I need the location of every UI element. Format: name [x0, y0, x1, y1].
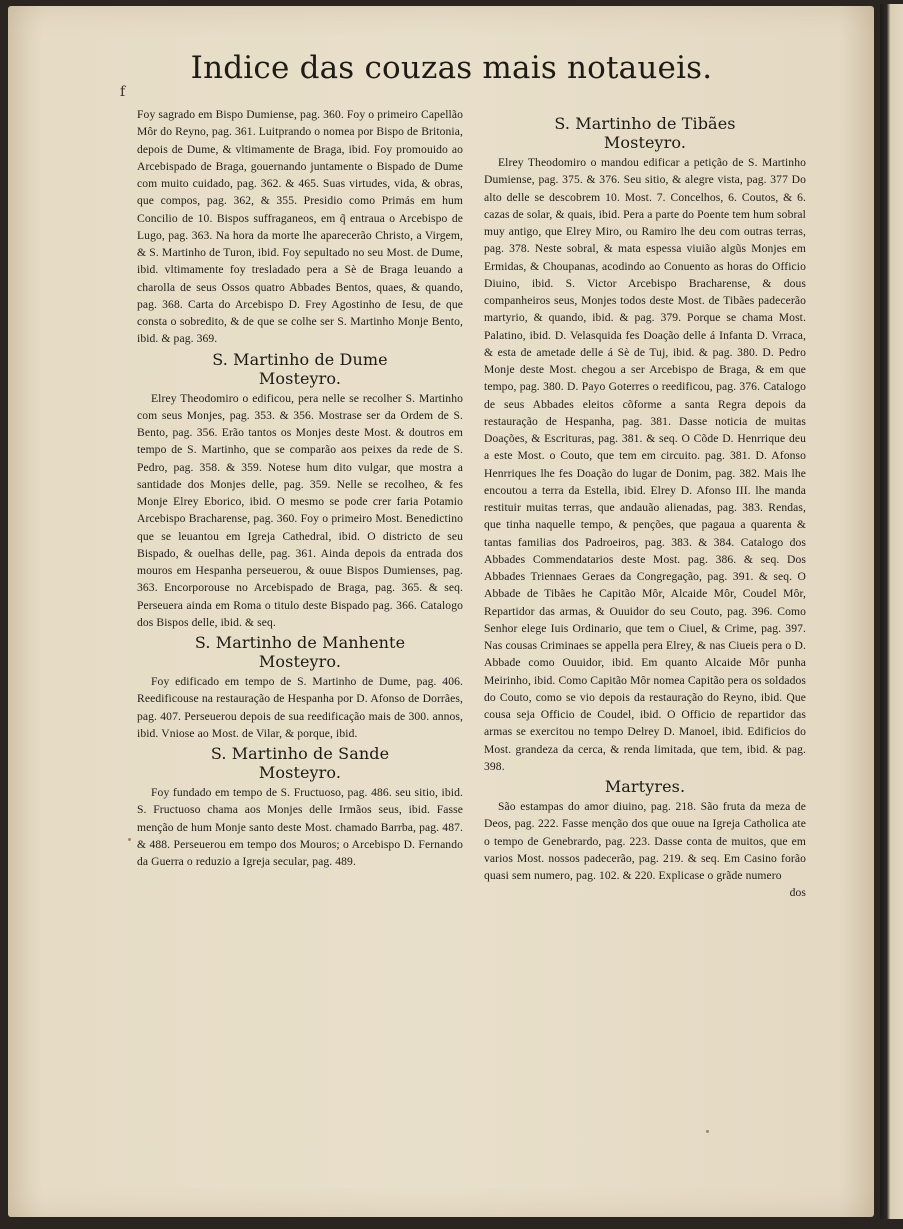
section-text: Elrey Theodomiro o mandou edificar a pet…	[484, 154, 806, 775]
paper-stain	[128, 838, 131, 841]
paper-stain	[706, 1130, 709, 1133]
section-text: Foy edificado em tempo de S. Martinho de…	[137, 673, 463, 742]
section-heading-line2: Mosteyro.	[137, 763, 463, 782]
section-heading: S. Martinho de Manhente Mosteyro.	[137, 633, 463, 671]
section-manhente: S. Martinho de Manhente Mosteyro. Foy ed…	[137, 633, 463, 742]
section-dume: S. Martinho de Dume Mosteyro. Elrey Theo…	[137, 350, 463, 632]
section-heading-line1: S. Martinho de Sande	[137, 744, 463, 763]
section-heading-line2: Mosteyro.	[137, 652, 463, 671]
section-heading-line1: Martyres.	[484, 777, 806, 796]
section-text: Foy fundado em tempo de S. Fructuoso, pa…	[137, 784, 463, 870]
section-heading: Martyres.	[484, 777, 806, 796]
margin-mark: f	[120, 84, 125, 100]
section-heading-line1: S. Martinho de Dume	[137, 350, 463, 369]
continued-entry-text: Foy sagrado em Bispo Dumiense, pag. 360.…	[137, 106, 463, 348]
section-heading-line1: S. Martinho de Tibães	[484, 114, 806, 133]
section-heading: S. Martinho de Tibães Mosteyro.	[484, 114, 806, 152]
section-heading-line1: S. Martinho de Manhente	[137, 633, 463, 652]
section-tibaes: S. Martinho de Tibães Mosteyro. Elrey Th…	[484, 114, 806, 775]
section-text: São estampas do amor diuino, pag. 218. S…	[484, 798, 806, 884]
section-heading: S. Martinho de Sande Mosteyro.	[137, 744, 463, 782]
section-heading: S. Martinho de Dume Mosteyro.	[137, 350, 463, 388]
section-martyres: Martyres. São estampas do amor diuino, p…	[484, 777, 806, 884]
left-column: Foy sagrado em Bispo Dumiense, pag. 360.…	[137, 106, 463, 870]
section-text: Elrey Theodomiro o edificou, pera nelle …	[137, 390, 463, 632]
section-heading-line2: Mosteyro.	[137, 369, 463, 388]
section-sande: S. Martinho de Sande Mosteyro. Foy funda…	[137, 744, 463, 870]
section-heading-line2: Mosteyro.	[484, 133, 806, 152]
page-title: Indice das couzas mais notaueis.	[0, 50, 903, 86]
adjacent-page-edge	[880, 4, 903, 1219]
right-column: S. Martinho de Tibães Mosteyro. Elrey Th…	[484, 112, 806, 902]
catchword: dos	[484, 884, 806, 901]
